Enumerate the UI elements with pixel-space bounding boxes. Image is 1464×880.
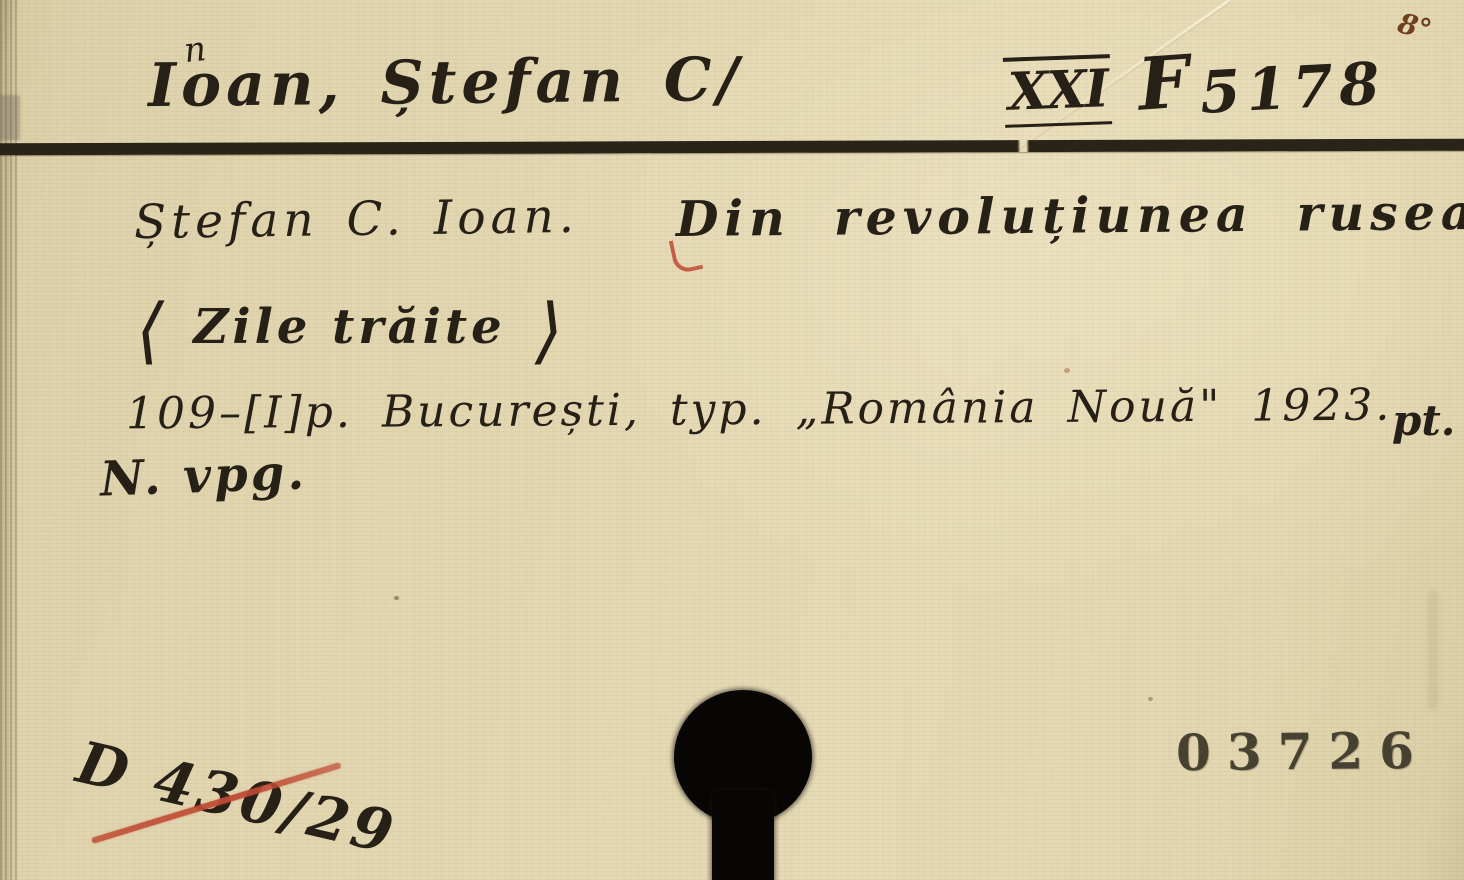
body-author-statement: Ștefan C. Ioan. (134, 189, 580, 250)
imprint-note: pt. (1392, 396, 1455, 445)
imprint-line: 109–[I]p. București, typ. „România Nouă"… (126, 380, 1393, 440)
call-number-roman: XXI (1003, 54, 1112, 128)
subtitle-open-bracket: ⟨ (136, 288, 164, 372)
subtitle-text: Zile trăite (193, 299, 505, 355)
accession-stamp: 03726 (1176, 721, 1430, 782)
horizontal-rule (0, 139, 1464, 156)
body-title: Din revoluțiunea ruseasca (676, 182, 1464, 248)
body-subtitle: ⟨ Zile trăite ⟩ (136, 288, 563, 372)
paper-speck (1148, 697, 1153, 701)
call-number-letter: F (1135, 38, 1192, 126)
book-format-mark: 8° (1395, 6, 1435, 46)
paper-smudge (1428, 590, 1438, 710)
call-number: XXI F 5178 (1004, 40, 1386, 126)
call-number-digits: 5178 (1199, 49, 1388, 127)
catalog-card: n Ioan, Ștefan C/ XXI F 5178 8° Ștefan C… (0, 0, 1464, 880)
paper-speck (394, 596, 399, 600)
subtitle-close-bracket: ⟩ (535, 288, 563, 372)
author-heading: Ioan, Ștefan C/ (148, 45, 744, 121)
paper-speck (1064, 368, 1070, 373)
pagination-note: N. vpg. (99, 444, 308, 507)
punch-hole-stem (712, 790, 774, 880)
edge-smudge (0, 95, 20, 140)
